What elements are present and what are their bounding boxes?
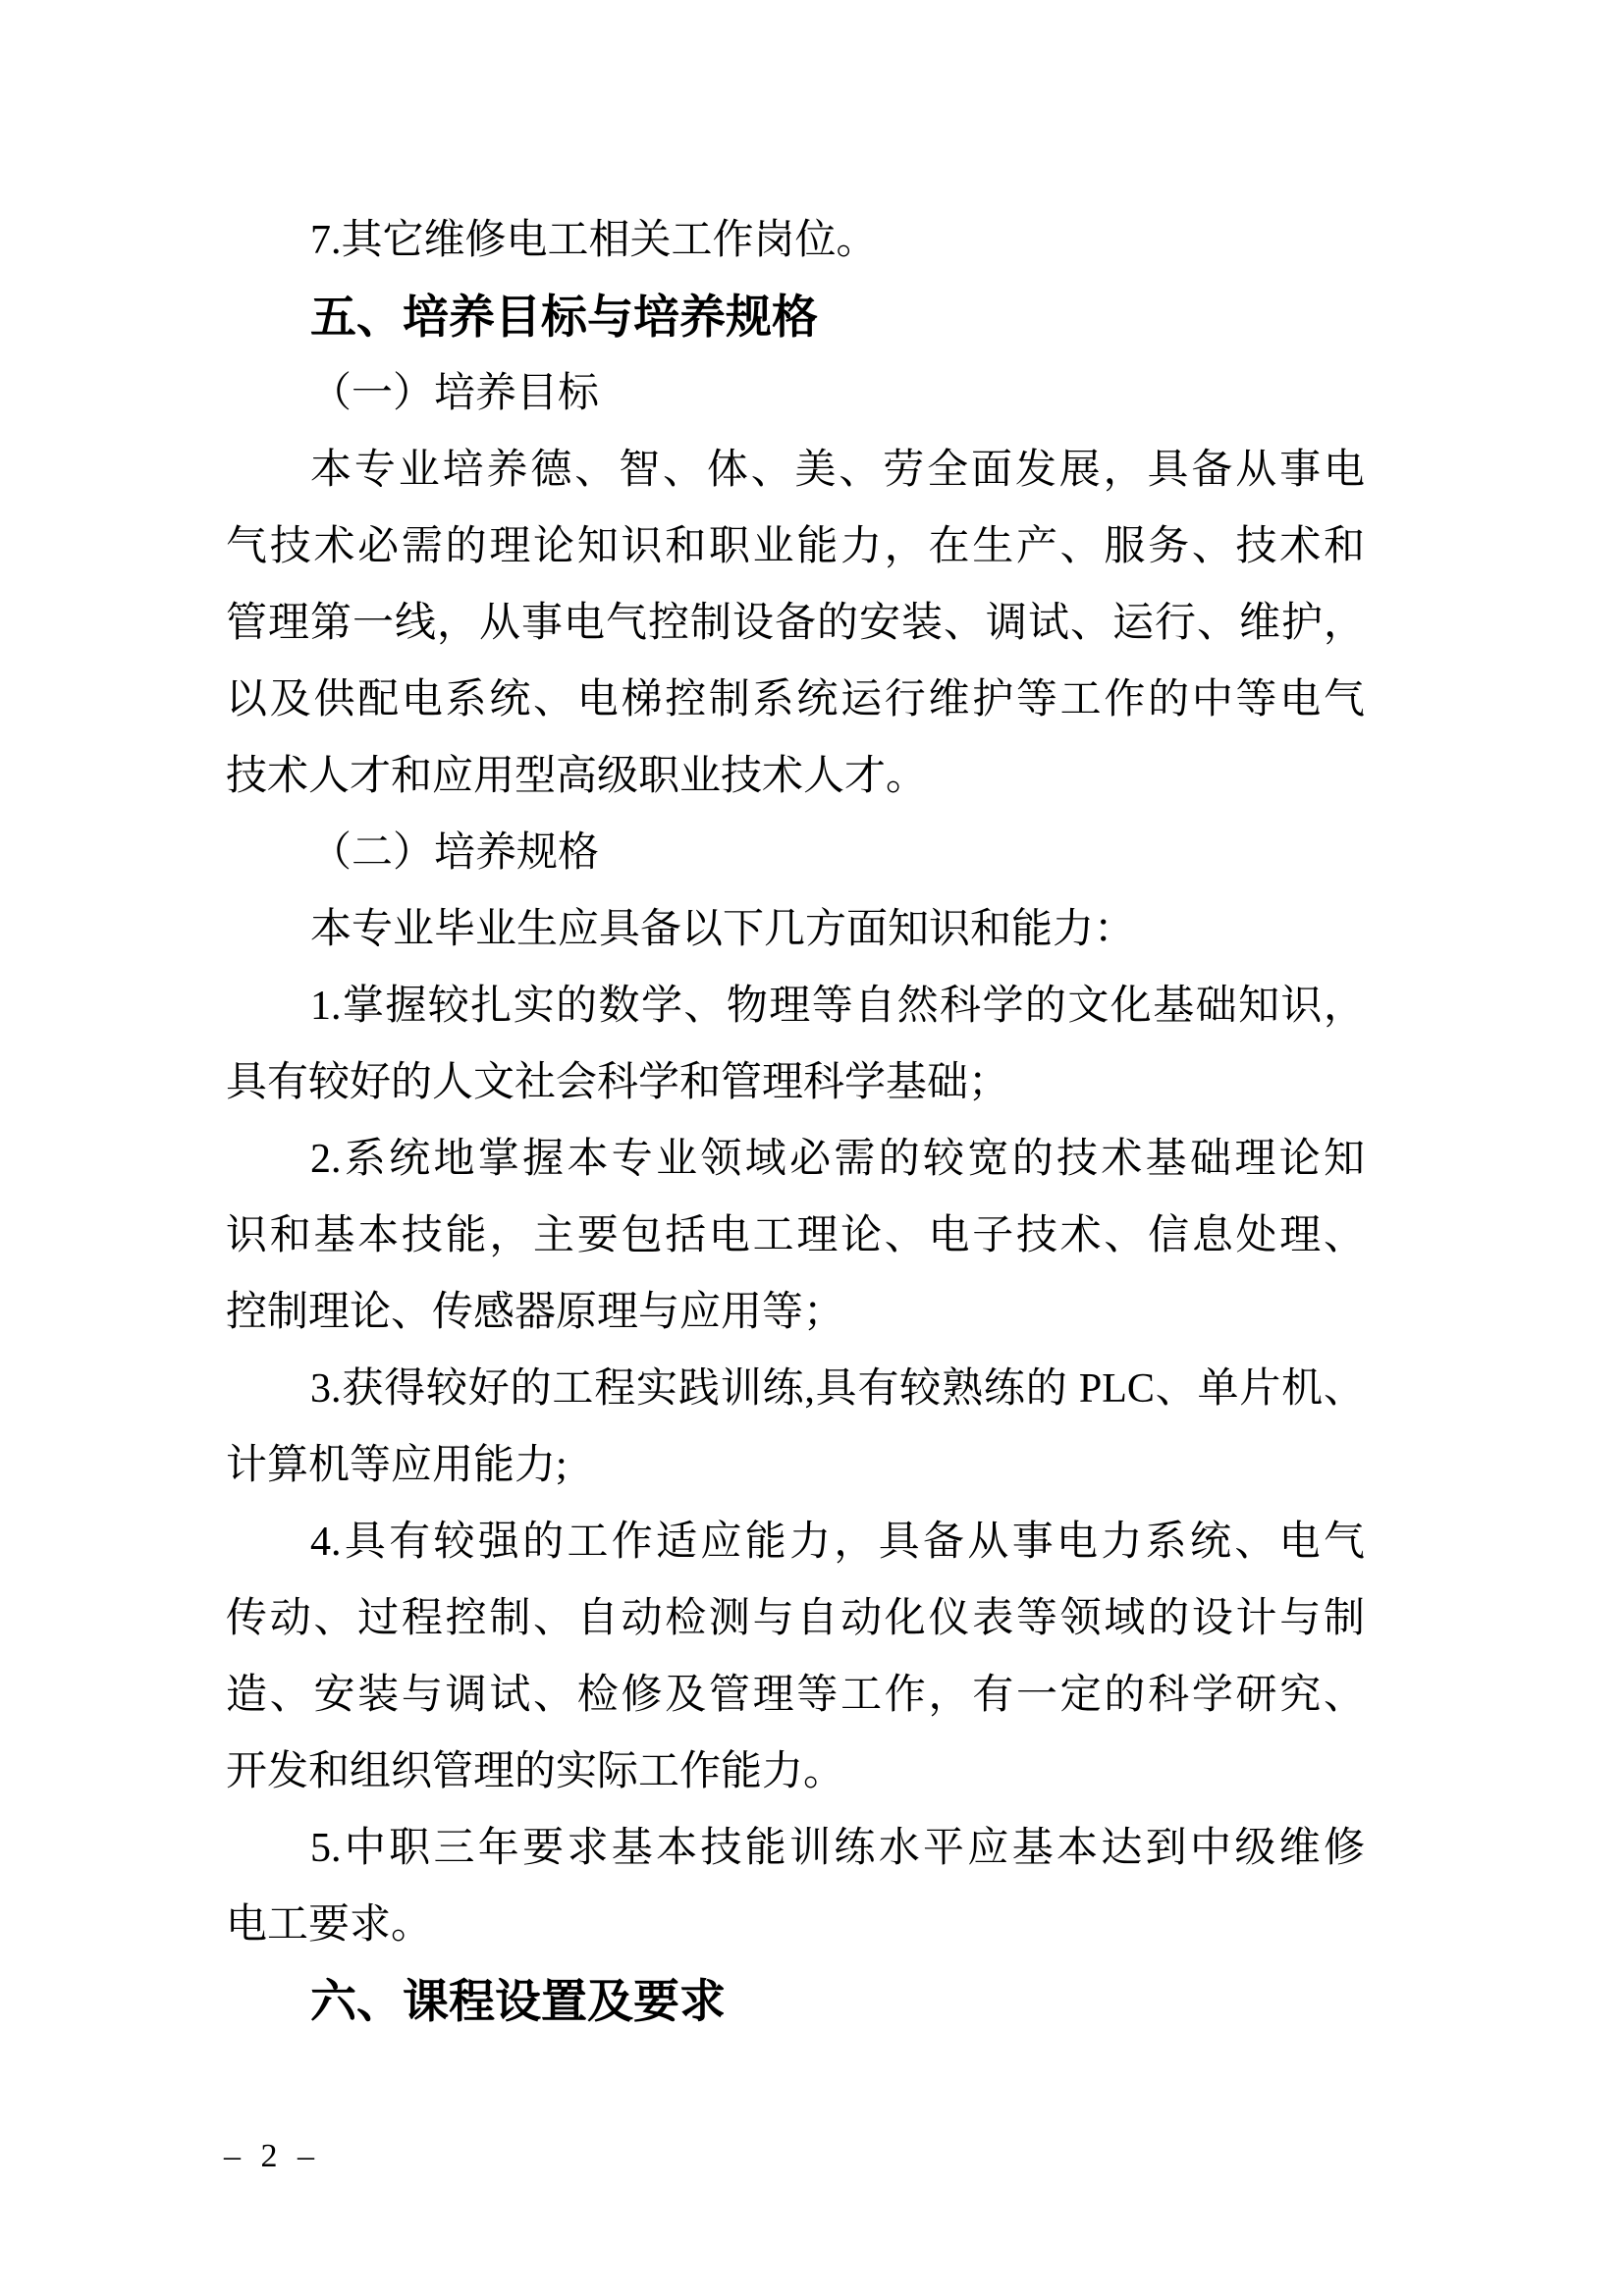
list-item-4: 4.具有较强的工作适应能力，具备从事电力系统、电气 <box>226 1504 1365 1580</box>
paragraph-line: 管理第一线，从事电气控制设备的安装、调试、运行、维护， <box>226 585 1365 662</box>
list-item-3: 3.获得较好的工程实践训练,具有较熟练的 PLC、单片机、 <box>226 1351 1365 1427</box>
paragraph-line: 以及供配电系统、电梯控制系统运行维护等工作的中等电气 <box>226 662 1365 738</box>
sub-heading-1: （一）培养目标 <box>226 355 1365 432</box>
section-heading-5: 五、培养目标与培养规格 <box>226 279 1365 355</box>
document-page: 7.其它维修电工相关工作岗位。 五、培养目标与培养规格 （一）培养目标 本专业培… <box>0 0 1624 2296</box>
document-text-block: 7.其它维修电工相关工作岗位。 五、培养目标与培养规格 （一）培养目标 本专业培… <box>226 202 1365 2040</box>
paragraph-line: 识和基本技能，主要包括电工理论、电子技术、信息处理、 <box>226 1198 1365 1274</box>
paragraph-line: 控制理论、传感器原理与应用等； <box>226 1274 1365 1351</box>
list-item-2: 2.系统地掌握本专业领域必需的较宽的技术基础理论知 <box>226 1121 1365 1198</box>
paragraph-line: 电工要求。 <box>226 1887 1365 1963</box>
section-heading-6: 六、课程设置及要求 <box>226 1963 1365 2040</box>
paragraph-line: 计算机等应用能力; <box>226 1427 1365 1504</box>
list-item-5: 5.中职三年要求基本技能训练水平应基本达到中级维修 <box>226 1810 1365 1887</box>
list-item-1: 1.掌握较扎实的数学、物理等自然科学的文化基础知识， <box>226 968 1365 1044</box>
paragraph-line: 具有较好的人文社会科学和管理科学基础； <box>226 1044 1365 1121</box>
page-number: – 2 – <box>224 2132 320 2181</box>
paragraph-line: 造、安装与调试、检修及管理等工作，有一定的科学研究、 <box>226 1657 1365 1734</box>
sub-heading-2: （二）培养规格 <box>226 815 1365 891</box>
list-item-7: 7.其它维修电工相关工作岗位。 <box>226 202 1365 279</box>
paragraph-line: 本专业毕业生应具备以下几方面知识和能力： <box>226 891 1365 968</box>
paragraph-line: 传动、过程控制、自动检测与自动化仪表等领域的设计与制 <box>226 1580 1365 1657</box>
paragraph-line: 技术人才和应用型高级职业技术人才。 <box>226 738 1365 815</box>
paragraph-line: 开发和组织管理的实际工作能力。 <box>226 1734 1365 1810</box>
paragraph-line: 本专业培养德、智、体、美、劳全面发展，具备从事电 <box>226 432 1365 508</box>
paragraph-line: 气技术必需的理论知识和职业能力，在生产、服务、技术和 <box>226 508 1365 585</box>
